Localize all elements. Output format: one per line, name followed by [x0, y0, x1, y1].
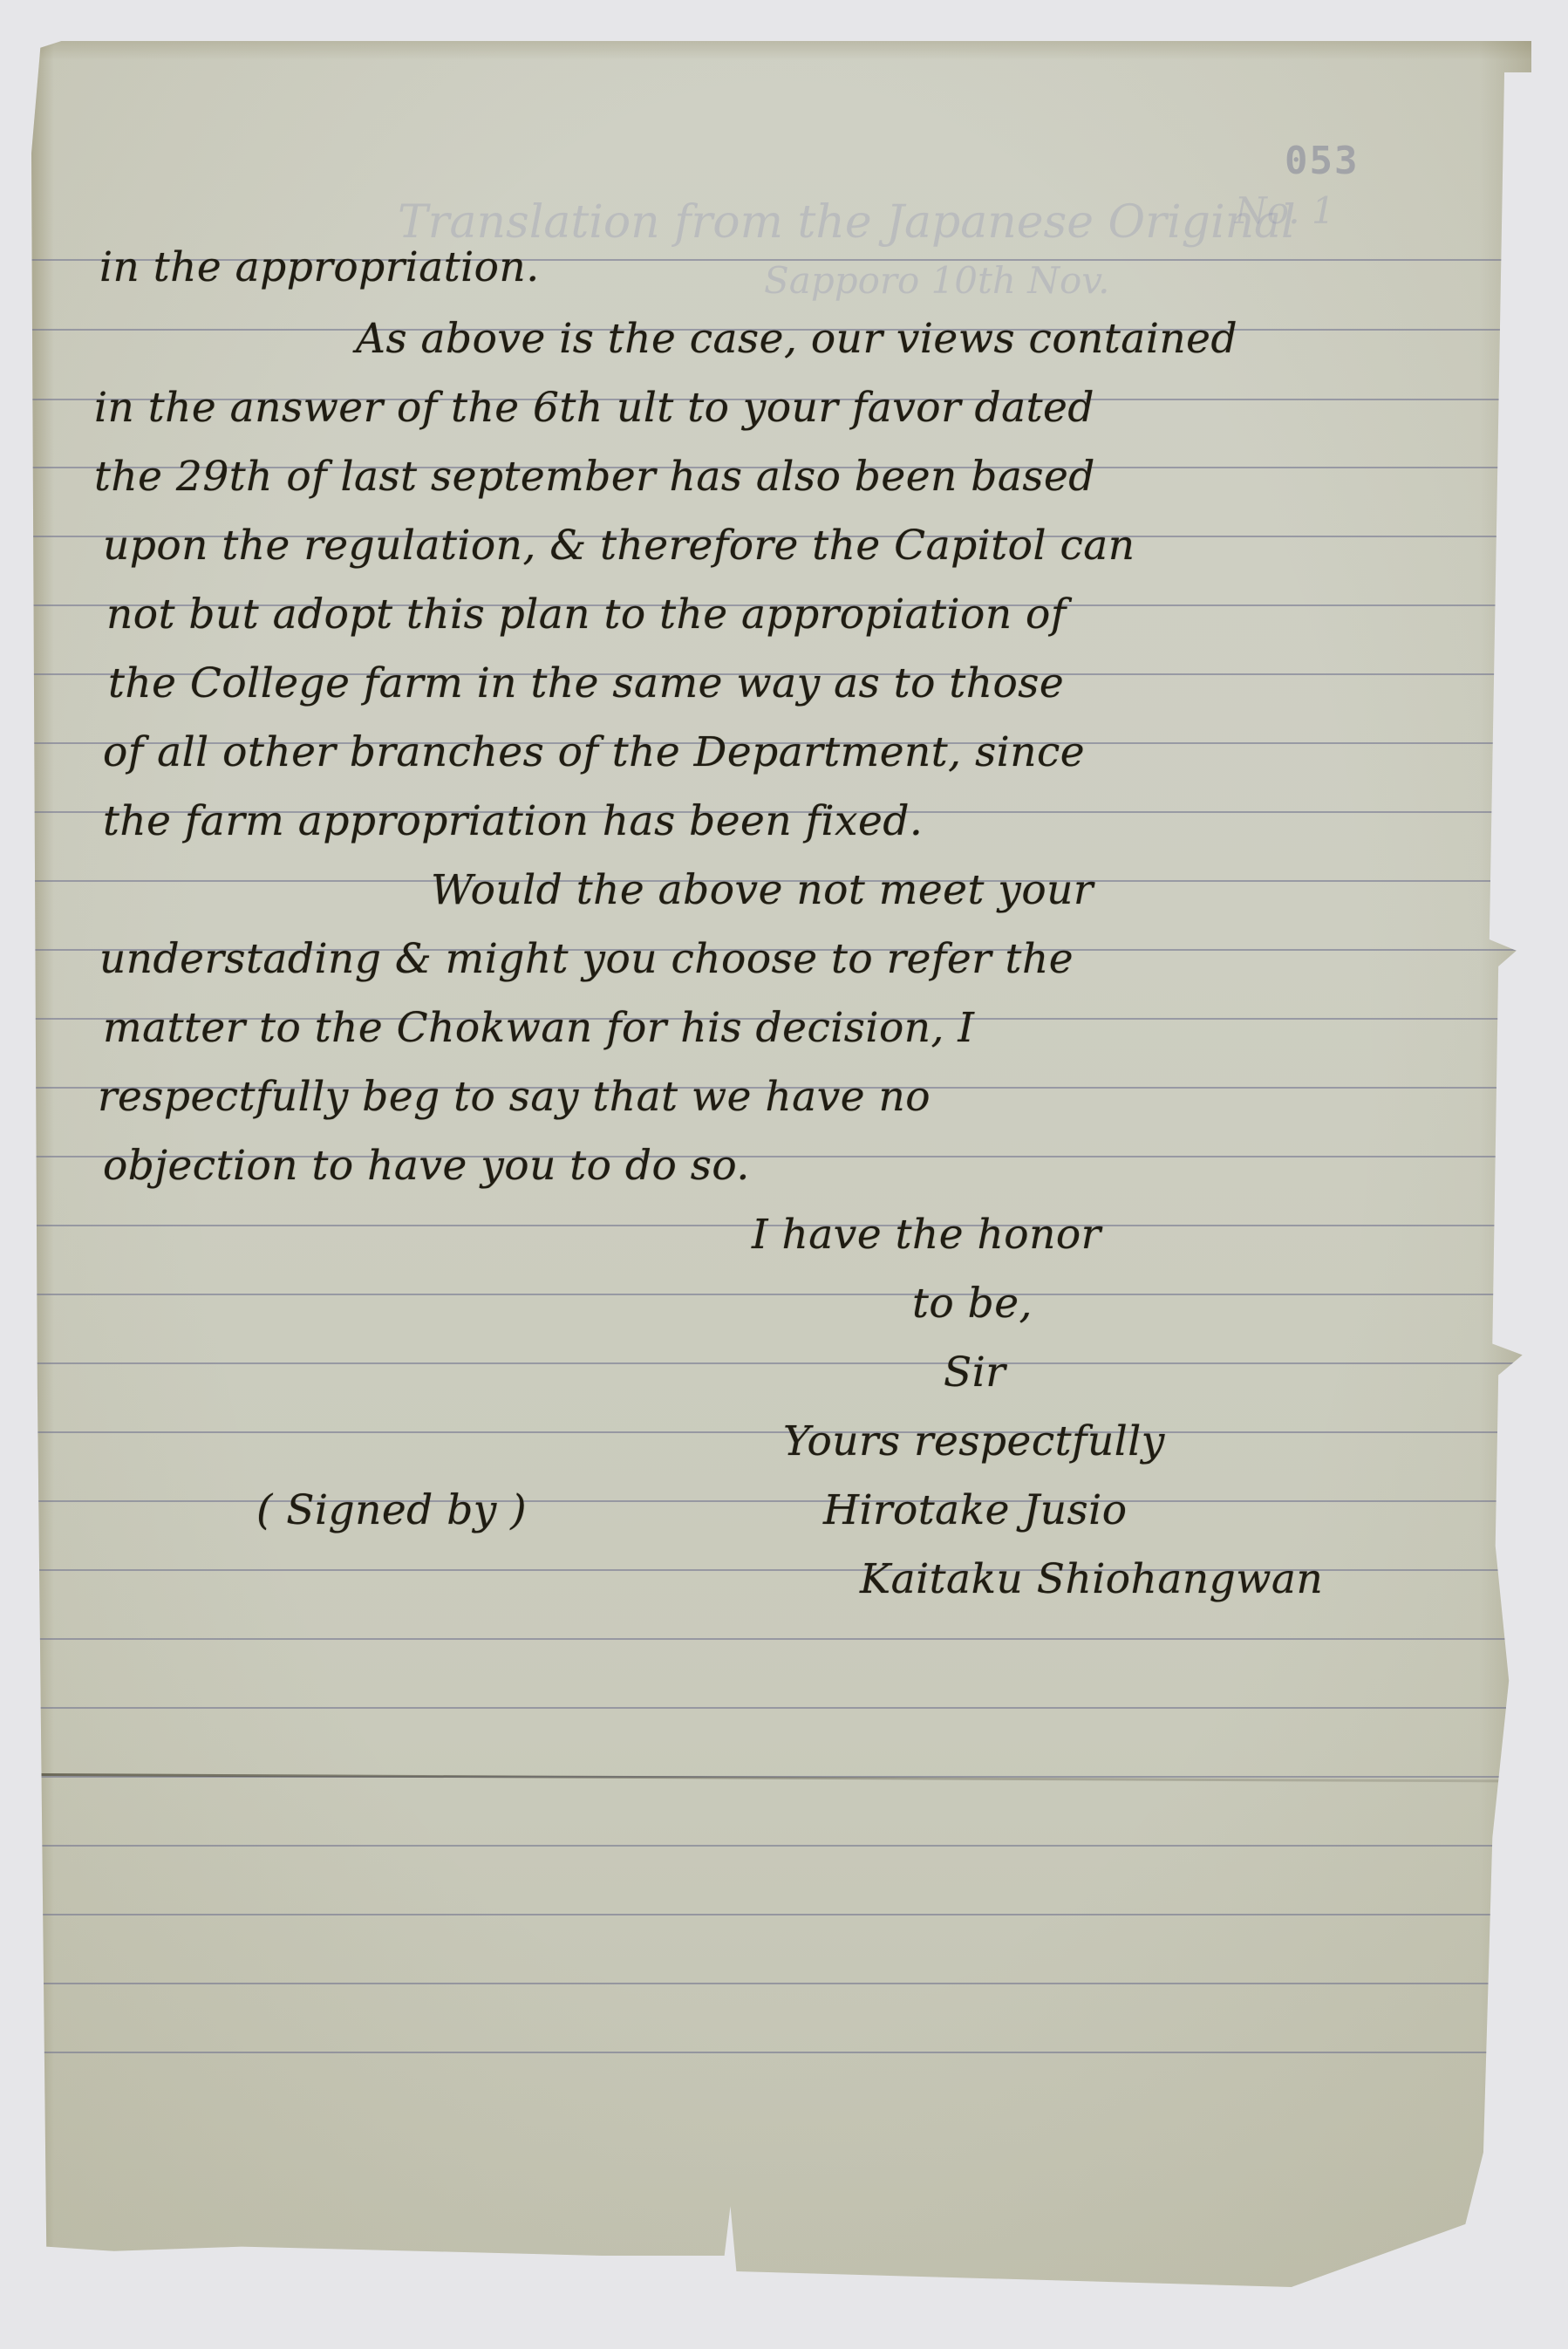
ruled-line: [31, 1707, 1531, 1709]
body-line: upon the regulation, & therefore the Cap…: [103, 522, 1135, 570]
body-line: the College farm in the same way as to t…: [108, 659, 1064, 707]
ruled-line: [31, 1431, 1531, 1433]
closing-line: to be,: [912, 1280, 1033, 1328]
body-line: As above is the case, our views containe…: [356, 315, 1237, 363]
ruled-line: [31, 1362, 1531, 1364]
body-line: respectfully beg to say that we have no: [98, 1073, 931, 1121]
bleed-through-heading: Translation from the Japanese Original: [398, 196, 1296, 249]
body-line: objection to have you to do so.: [103, 1142, 750, 1190]
ruled-line: [31, 1914, 1531, 1915]
ruled-line: [31, 1638, 1531, 1640]
closing-line: I have the honor: [752, 1211, 1101, 1259]
ruled-line: [31, 1294, 1531, 1295]
body-line: in the answer of the 6th ult to your fav…: [94, 384, 1094, 432]
document-page: 053 No. 1 Translation from the Japanese …: [31, 41, 1531, 2287]
body-line: Would the above not meet your: [431, 866, 1094, 914]
body-line: matter to the Chokwan for his decision, …: [103, 1004, 974, 1052]
ruled-line: [31, 2052, 1531, 2053]
ruled-line: [31, 1845, 1531, 1847]
ruled-line: [31, 1983, 1531, 1984]
closing-line: Sir: [944, 1349, 1006, 1396]
body-line: the 29th of last september has also been…: [94, 453, 1095, 501]
closing-line: Yours respectfully: [783, 1417, 1165, 1465]
body-line: in the appropriation.: [99, 243, 540, 291]
bleed-through-place-date: Sapporo 10th Nov.: [764, 259, 1109, 302]
body-line: of all other branches of the Department,…: [103, 728, 1085, 776]
page-number-stamp: 053: [1285, 139, 1359, 183]
body-line: understading & might you choose to refer…: [99, 935, 1074, 983]
signed-by-label: ( Signed by ): [256, 1486, 527, 1534]
body-line: the farm appropriation has been fixed.: [103, 797, 923, 845]
signer-name: Hirotake Jusio: [823, 1486, 1127, 1534]
body-line: not but adopt this plan to the appropiat…: [106, 591, 1067, 638]
signer-title: Kaitaku Shiohangwan: [860, 1555, 1323, 1603]
